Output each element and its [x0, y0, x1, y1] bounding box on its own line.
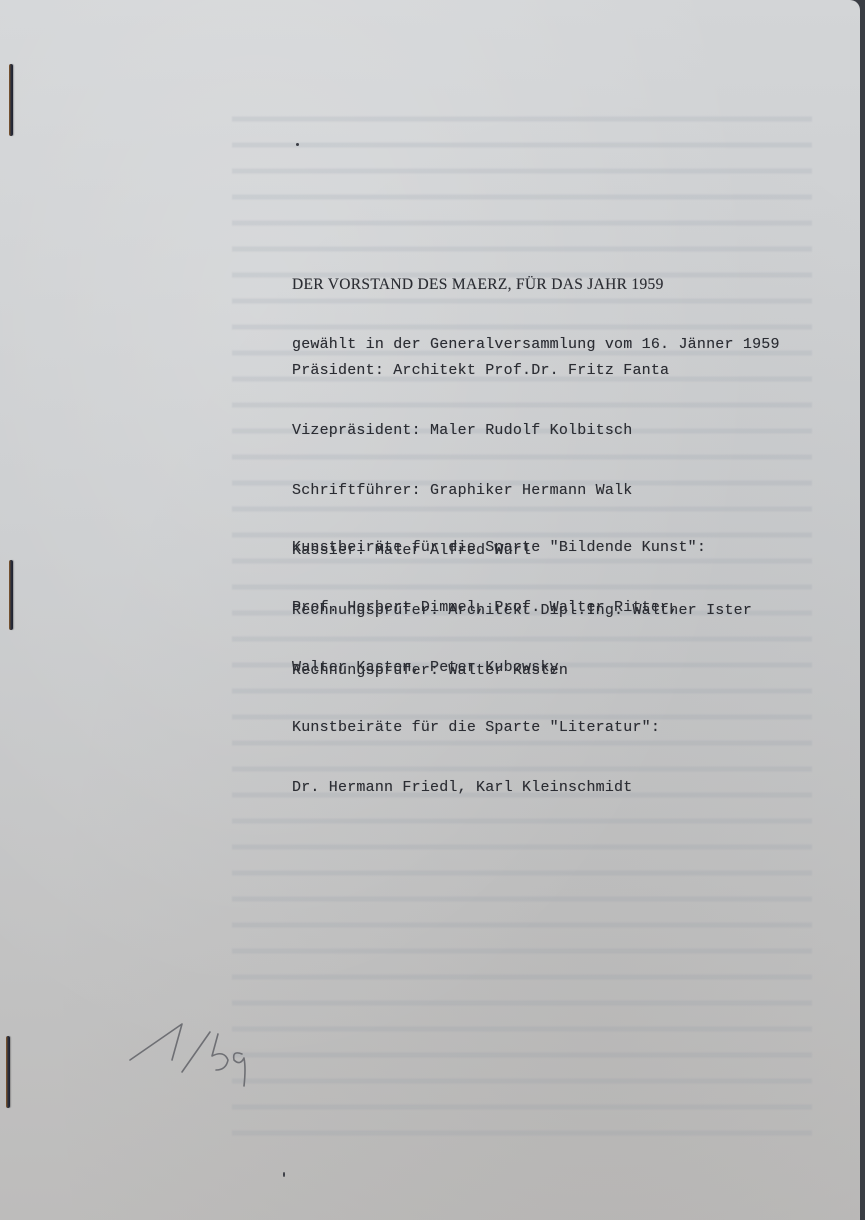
- officer-line: Präsident: Architekt Prof.Dr. Fritz Fant…: [292, 358, 752, 384]
- staple-top: [9, 64, 13, 136]
- document-page: DER VORSTAND DES MAERZ, FÜR DAS JAHR 195…: [0, 0, 860, 1220]
- heading-title: DER VORSTAND DES MAERZ, FÜR DAS JAHR 195…: [292, 272, 780, 298]
- advisor-names: Prof. Herbert Dimmel, Prof. Walter Ritte…: [292, 595, 706, 621]
- advisors-list: Kunstbeiräte für die Sparte "Bildende Ku…: [292, 501, 706, 835]
- staple-middle: [9, 560, 13, 630]
- advisor-names: Walter Kasten, Peter Kubowsky: [292, 655, 706, 681]
- officer-line: Vizepräsident: Maler Rudolf Kolbitsch: [292, 418, 752, 444]
- advisor-section-label: Kunstbeiräte für die Sparte "Literatur":: [292, 715, 706, 741]
- staple-bottom: [6, 1036, 10, 1108]
- ink-speck: [283, 1172, 285, 1177]
- ink-speck: [296, 143, 299, 146]
- advisor-section-label: Kunstbeiräte für die Sparte "Bildende Ku…: [292, 535, 706, 561]
- handwritten-note: 1/59: [120, 1010, 260, 1090]
- advisor-names: Dr. Hermann Friedl, Karl Kleinschmidt: [292, 775, 706, 801]
